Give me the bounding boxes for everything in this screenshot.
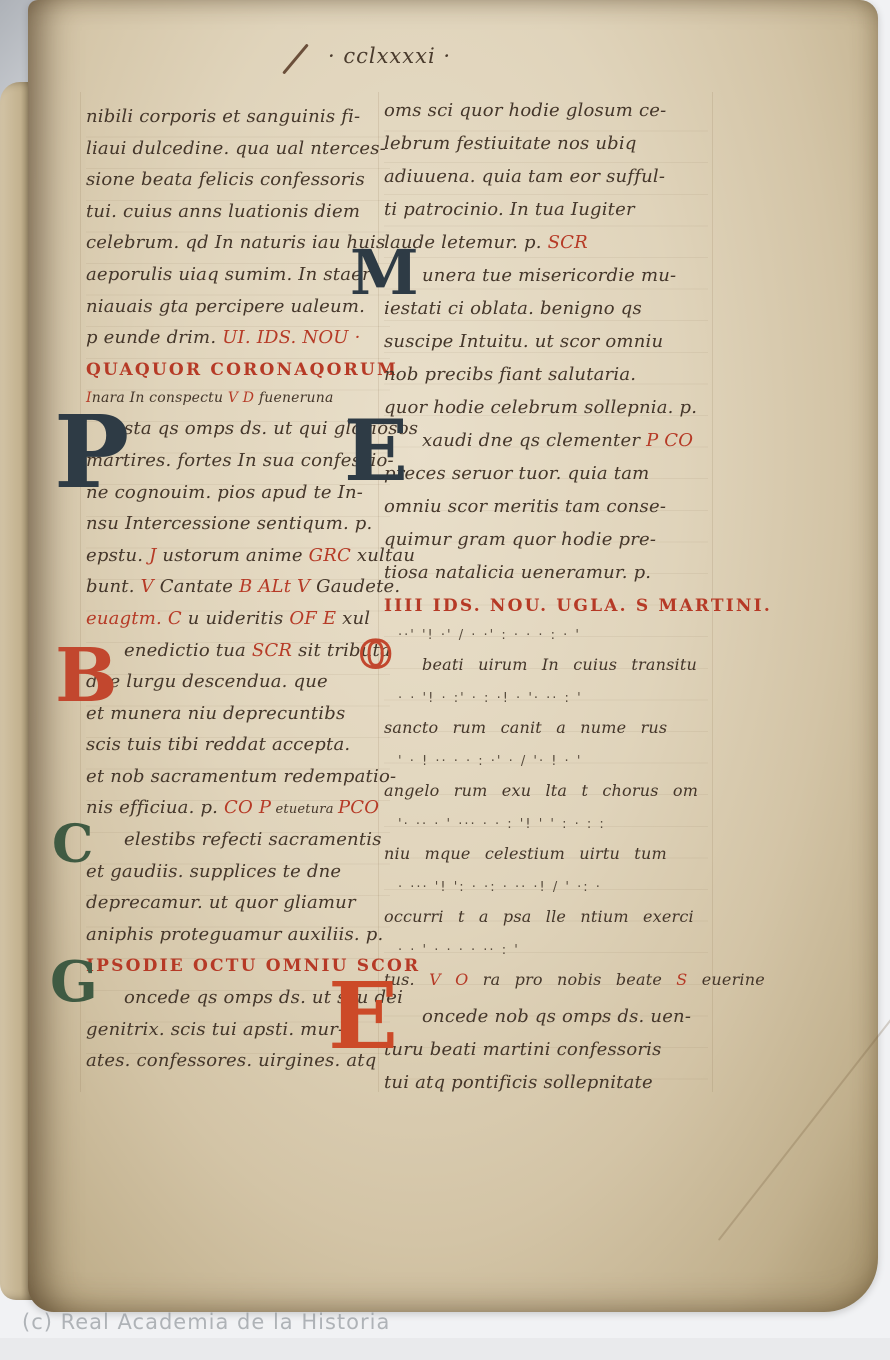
text-segment: adiuuena. quia tam eor sufful-	[384, 166, 665, 187]
neume-row: · · '! · :' · : ·! · '· ·· : '	[384, 691, 708, 718]
text-segment: elestibs refecti sacramentis	[124, 829, 382, 850]
text-line: epstu. J ustorum anime GRC xultau	[86, 545, 390, 577]
text-line: lebrum festiuitate nos ubiq	[384, 133, 708, 166]
text-line: xaudi dne qs clementer P CO	[384, 430, 708, 463]
text-line: nis efficiua. p. CO P etuetura PCO	[86, 797, 390, 829]
text-line: unera tue misericordie mu-	[384, 265, 708, 298]
text-segment: euerine	[687, 970, 764, 989]
text-line: celebrum. qd In naturis iau huis	[86, 232, 390, 264]
text-segment: oncede nob qs omps ds. uen-	[422, 1006, 691, 1027]
text-segment: preces seruor tuor. quia tam	[384, 463, 649, 484]
text-segment: beati uirum In cuius transitu	[422, 655, 697, 674]
text-line: p eunde drim. UI. IDS. NOU ·	[86, 327, 390, 359]
text-line: ti patrocinio. In tua Iugiter	[384, 199, 708, 232]
text-line: IIII IDS. NOU. UGLA. S MARTINI.	[384, 595, 708, 628]
text-line: elestibs refecti sacramentis	[86, 829, 390, 861]
text-segment: P CO	[646, 430, 693, 451]
initial-p-slate: P	[54, 408, 129, 496]
text-segment: nis efficiua. p.	[86, 797, 224, 818]
text-line: nsu Intercessione sentiqum. p.	[86, 513, 390, 545]
text-line: dne lurgu descendua. que	[86, 671, 390, 703]
text-segment: nob precibs fiant salutaria.	[384, 364, 636, 385]
text-segment: et nob sacramentum redempatio-	[86, 766, 396, 787]
text-segment: scis tuis tibi reddat accepta.	[86, 734, 350, 755]
text-segment: tui. cuius anns luationis diem	[86, 201, 360, 222]
text-segment: suscipe Intuitu. ut scor omniu	[384, 331, 663, 352]
text-segment: dne lurgu descendua. que	[86, 671, 328, 692]
text-segment: nibili corporis et sanguinis fi-	[86, 106, 360, 127]
text-line: sancto rum canit a nume rus	[384, 718, 708, 754]
initial-m-slate: M	[350, 246, 419, 301]
text-line: oncede nob qs omps ds. uen-	[384, 1006, 708, 1039]
text-segment: iestati ci oblata. benigno qs	[384, 298, 642, 319]
text-segment: sancto rum canit a nume rus	[384, 718, 667, 737]
text-line: iestati ci oblata. benigno qs	[384, 298, 708, 331]
text-column-left: nibili corporis et sanguinis fi-liaui du…	[86, 106, 390, 1082]
text-line: laude letemur. p. SCR	[384, 232, 708, 265]
manuscript-page: · cclxxxxi · nibili corporis et sanguini…	[28, 0, 878, 1312]
initial-b-red: B	[55, 644, 118, 709]
text-segment: p eunde drim.	[86, 327, 222, 348]
text-segment: liaui dulcedine. qua ual nterces-	[86, 138, 386, 159]
chant-with-neumes: ··' '! ·' / · ·' : · · · : · 'beati uiru…	[384, 628, 708, 1006]
folio-number: · cclxxxxi ·	[328, 44, 451, 68]
text-line: bunt. V Cantate B ALt V Gaudete.	[86, 576, 390, 608]
text-segment: B ALt V	[239, 576, 310, 597]
text-segment: fueneruna	[254, 390, 333, 406]
neume-row: · ··· '! ': · ·: · ·· ·! / ' ·: ·	[384, 880, 708, 907]
text-line: tui atq pontificis sollepnitate	[384, 1072, 708, 1105]
text-line: deprecamur. ut quor gliamur	[86, 892, 390, 924]
folio-number-text: · cclxxxxi ·	[328, 44, 451, 68]
text-line: angelo rum exu lta t chorus om	[384, 781, 708, 817]
text-column-right: oms sci quor hodie glosum ce-lebrum fest…	[384, 100, 708, 1105]
neume-row: '· ·· · ' ··· · · : '! ' ' : · : :	[384, 817, 708, 844]
text-segment: Cantate	[154, 576, 239, 597]
text-segment: quor hodie celebrum sollepnia. p.	[384, 397, 697, 418]
initial-e-slate: E	[344, 414, 408, 488]
text-segment: occurri t a psa lle ntium exerci	[384, 907, 694, 926]
text-line: beati uirum In cuius transitu	[384, 655, 708, 691]
initial-g-green: G	[50, 958, 98, 1007]
text-line: euagtm. C u uideritis OF E xul	[86, 608, 390, 640]
text-segment: enedictio tua	[124, 640, 252, 661]
text-segment: et munera niu deprecuntibs	[86, 703, 345, 724]
text-line: enedictio tua SCR sit tributa	[86, 640, 390, 672]
text-line: turu beati martini confessoris	[384, 1039, 708, 1072]
text-line: scis tuis tibi reddat accepta.	[86, 734, 390, 766]
text-line: nibili corporis et sanguinis fi-	[86, 106, 390, 138]
text-segment: angelo rum exu lta t chorus om	[384, 781, 698, 800]
ruling-vertical-left	[80, 92, 81, 1092]
text-segment: tiosa natalicia ueneramur. p.	[384, 562, 651, 583]
text-segment: aniphis proteguamur auxiliis. p.	[86, 924, 383, 945]
text-segment: deprecamur. ut quor gliamur	[86, 892, 356, 913]
text-segment: SCR	[252, 640, 292, 661]
text-segment: ra pro nobis beate	[468, 970, 676, 989]
text-line: quor hodie celebrum sollepnia. p.	[384, 397, 708, 430]
text-segment: PCO	[338, 797, 379, 818]
text-segment: UI. IDS. NOU ·	[222, 327, 360, 348]
text-segment: J	[149, 545, 156, 566]
text-line: niu mque celestium uirtu tum	[384, 844, 708, 880]
text-segment: niauais gta percipere ualeum.	[86, 296, 365, 317]
text-segment: omniu scor meritis tam conse-	[384, 496, 666, 517]
text-segment: celebrum. qd In naturis iau huis	[86, 232, 385, 253]
text-line: tiosa natalicia ueneramur. p.	[384, 562, 708, 595]
text-segment: et gaudiis. supplices te dne	[86, 861, 341, 882]
text-line: et munera niu deprecuntibs	[86, 703, 390, 735]
text-segment: quimur gram quor hodie pre-	[384, 529, 656, 550]
text-segment: xaudi dne qs clementer	[422, 430, 646, 451]
text-line: QUAQUOR CORONAQORUM	[86, 359, 390, 391]
text-segment: sione beata felicis confessoris	[86, 169, 365, 190]
text-segment: u uideritis	[182, 608, 289, 629]
text-line: aeporulis uiaq sumim. In staer-	[86, 264, 390, 296]
text-line: sione beata felicis confessoris	[86, 169, 390, 201]
text-segment: SCR	[542, 232, 588, 253]
text-segment: OF E	[289, 608, 336, 629]
text-segment: unera tue misericordie mu-	[422, 265, 676, 286]
text-line: et nob sacramentum redempatio-	[86, 766, 390, 798]
text-line: aniphis proteguamur auxiliis. p.	[86, 924, 390, 956]
text-segment: euagtm. C	[86, 608, 182, 629]
text-segment: niu mque celestium uirtu tum	[384, 844, 667, 863]
neume-row: · · ' · · · · ·· : '	[384, 943, 708, 970]
text-segment: bunt.	[86, 576, 141, 597]
text-segment: oms sci quor hodie glosum ce-	[384, 100, 666, 121]
text-line: suscipe Intuitu. ut scor omniu	[384, 331, 708, 364]
text-line: adiuuena. quia tam eor sufful-	[384, 166, 708, 199]
text-line: niauais gta percipere ualeum.	[86, 296, 390, 328]
text-segment: S	[676, 970, 687, 989]
text-segment: aeporulis uiaq sumim. In staer-	[86, 264, 377, 285]
initial-e-red: E	[328, 976, 398, 1057]
copyright-watermark: (c) Real Academia de la Historia	[22, 1310, 390, 1334]
text-line: liaui dulcedine. qua ual nterces-	[86, 138, 390, 170]
text-segment: ti patrocinio. In tua Iugiter	[384, 199, 635, 220]
text-line: preces seruor tuor. quia tam	[384, 463, 708, 496]
text-segment: lebrum festiuitate nos ubiq	[384, 133, 637, 154]
right-column-prayers: oms sci quor hodie glosum ce-lebrum fest…	[384, 100, 708, 628]
text-segment: V O	[429, 970, 468, 989]
text-line: omniu scor meritis tam conse-	[384, 496, 708, 529]
neume-row: ' · ! ·· · · : ·' · / '· ! · '	[384, 754, 708, 781]
pen-stroke-mark	[282, 43, 309, 74]
neume-row: ··' '! ·' / · ·' : · · · : · '	[384, 628, 708, 655]
text-line: et gaudiis. supplices te dne	[86, 861, 390, 893]
text-segment: QUAQUOR CORONAQORUM	[86, 360, 398, 380]
backdrop-bottom-strip	[0, 1338, 890, 1360]
text-segment: etuetura	[271, 802, 338, 817]
text-segment: xul	[336, 608, 370, 629]
text-segment: tui atq pontificis sollepnitate	[384, 1072, 653, 1093]
text-line: tus. V O ra pro nobis beate S euerine	[384, 970, 708, 1006]
text-line: occurri t a psa lle ntium exerci	[384, 907, 708, 943]
text-segment: CO P	[224, 797, 271, 818]
right-column-bottom-prayer: oncede nob qs omps ds. uen-turu beati ma…	[384, 1006, 708, 1105]
initial-c-green: C	[52, 822, 93, 868]
text-segment: IIII IDS. NOU. UGLA. S MARTINI.	[384, 596, 772, 616]
text-segment: V D	[228, 390, 254, 406]
parchment-crease	[718, 1003, 890, 1241]
text-segment: epstu.	[86, 545, 149, 566]
text-segment: turu beati martini confessoris	[384, 1039, 662, 1060]
text-segment: V	[141, 576, 154, 597]
text-segment: genitrix. scis tui apsti. mur-	[86, 1019, 344, 1040]
text-segment: ustorum anime	[157, 545, 309, 566]
text-line: quimur gram quor hodie pre-	[384, 529, 708, 562]
text-segment: GRC	[309, 545, 351, 566]
text-segment: nsu Intercessione sentiqum. p.	[86, 513, 372, 534]
text-line: oms sci quor hodie glosum ce-	[384, 100, 708, 133]
text-line: nob precibs fiant salutaria.	[384, 364, 708, 397]
text-line: tui. cuius anns luationis diem	[86, 201, 390, 233]
initial-o-red-hollow: O	[360, 640, 391, 672]
ruling-vertical-right	[712, 92, 713, 1092]
